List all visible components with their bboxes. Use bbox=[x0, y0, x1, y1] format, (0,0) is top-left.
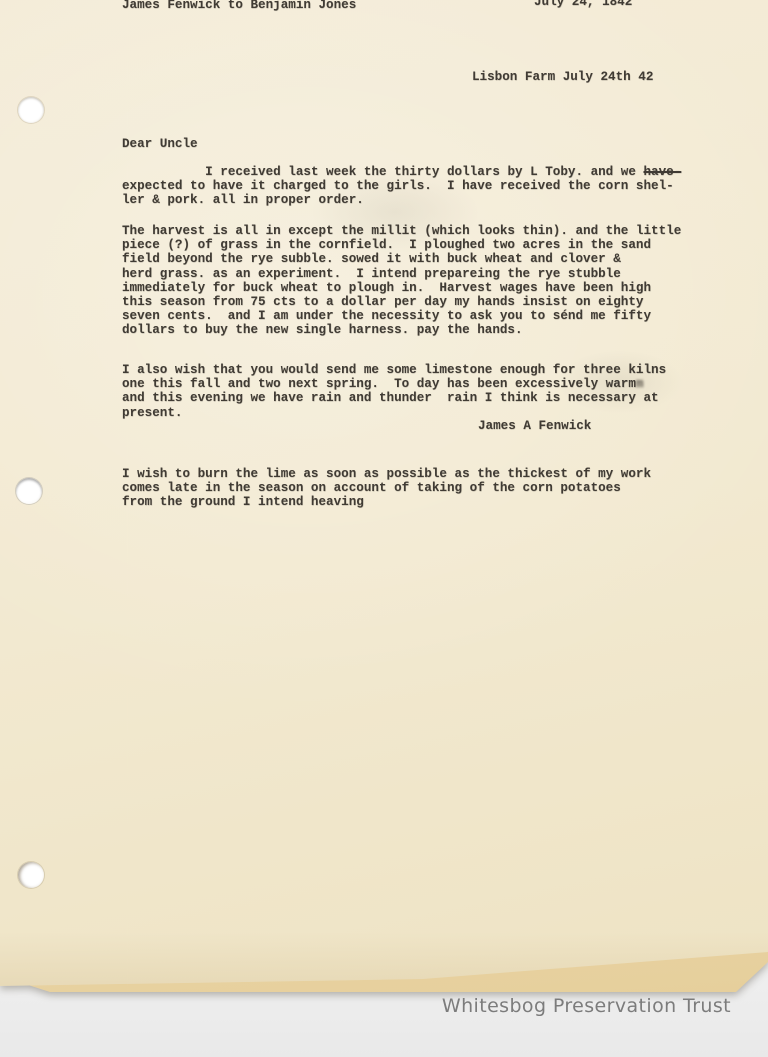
punch-hole-bottom bbox=[18, 862, 44, 888]
archival-header-date: July 24, 1842 bbox=[534, 0, 632, 9]
smudged-character: m bbox=[636, 377, 644, 391]
paragraph-3: I also wish that you would send me some … bbox=[122, 363, 666, 420]
archival-header-names: James Fenwick to Benjamin Jones bbox=[122, 0, 356, 12]
paragraph-1-continued: expected to have it charged to the girls… bbox=[122, 179, 674, 207]
paragraph-3-text: I also wish that you would send me some … bbox=[122, 363, 666, 391]
watermark-text: Whitesbog Preservation Trust bbox=[442, 995, 731, 1017]
letter-dateline: Lisbon Farm July 24th 42 bbox=[472, 70, 653, 84]
salutation: Dear Uncle bbox=[122, 137, 198, 151]
paper-stack: James Fenwick to Benjamin Jones July 24,… bbox=[0, 0, 768, 992]
paragraph-1: I received last week the thirty dollars … bbox=[122, 165, 681, 208]
letter-paper: James Fenwick to Benjamin Jones July 24,… bbox=[0, 0, 768, 992]
punch-hole-top bbox=[18, 97, 44, 123]
paragraph-3-continued: and this evening we have rain and thunde… bbox=[122, 391, 659, 419]
paragraph-1-text: I received last week the thirty dollars … bbox=[122, 165, 643, 179]
postscript: I wish to burn the lime as soon as possi… bbox=[122, 467, 651, 510]
punch-hole-middle bbox=[16, 478, 42, 504]
struck-out-word: have- bbox=[643, 165, 681, 179]
signature: James A Fenwick bbox=[478, 419, 591, 433]
scan-page: { "document": { "header": { "left": "Jam… bbox=[0, 0, 768, 1057]
paragraph-2: The harvest is all in except the millit … bbox=[122, 224, 681, 338]
